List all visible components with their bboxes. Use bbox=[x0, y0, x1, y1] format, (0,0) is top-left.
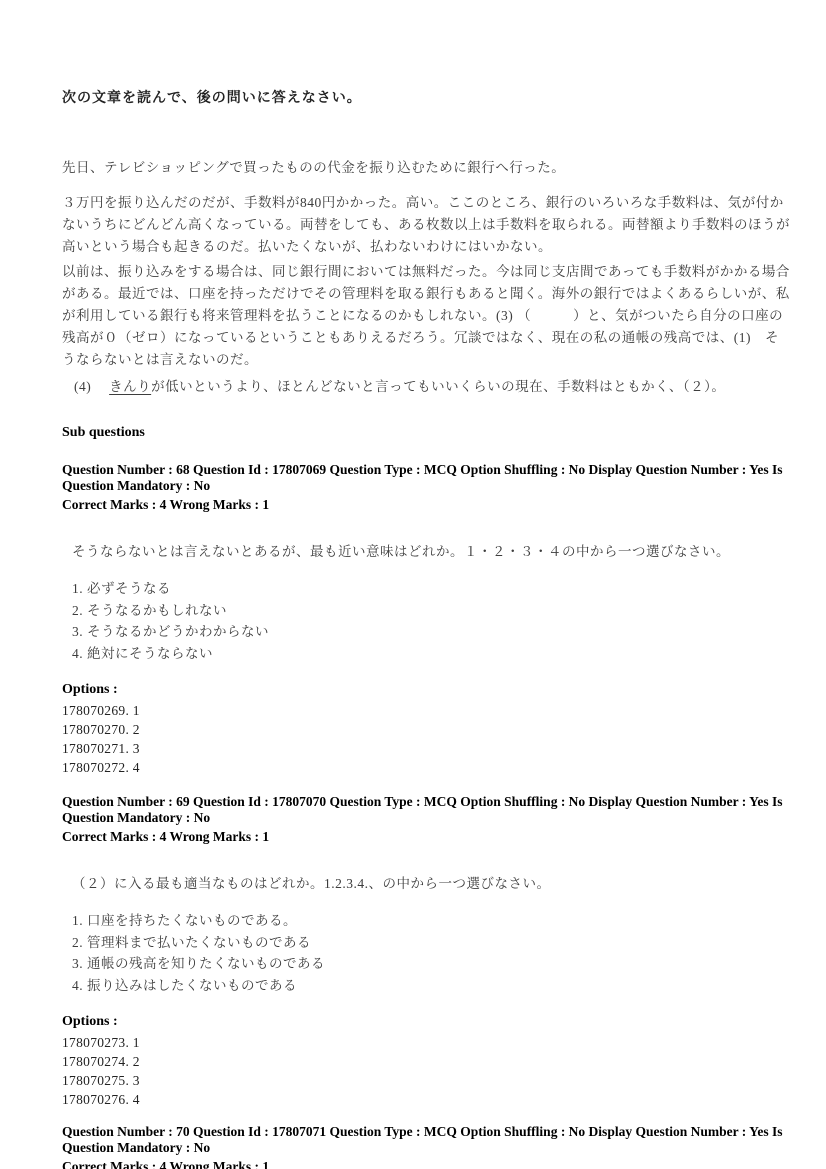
question-69-choices: 1. 口座を持ちたくないものである。 2. 管理料まで払いたくないものである 3… bbox=[62, 910, 792, 996]
question-69-choice-1: 1. 口座を持ちたくないものである。 bbox=[72, 910, 792, 932]
question-70-metadata: Question Number : 70 Question Id : 17807… bbox=[62, 1124, 792, 1169]
question-68-metadata: Question Number : 68 Question Id : 17807… bbox=[62, 462, 792, 513]
question-69-meta-line-1: Question Number : 69 Question Id : 17807… bbox=[62, 794, 792, 810]
question-68-choices: 1. 必ずそうなる 2. そうなるかもしれない 3. そうなるかどうかわからない… bbox=[62, 578, 792, 664]
question-69-choice-3: 3. 通帳の残高を知りたくないものである bbox=[72, 953, 792, 975]
question-68-option-id-3: 178070271. 3 bbox=[62, 739, 792, 758]
question-69-option-id-1: 178070273. 1 bbox=[62, 1033, 792, 1052]
question-68-option-id-4: 178070272. 4 bbox=[62, 758, 792, 777]
passage-paragraph-4-suffix: が低いというより、ほとんどないと言ってもいいくらいの現在、手数料はともかく、（２… bbox=[151, 379, 725, 394]
passage-paragraph-2: ３万円を振り込んだのだが、手数料が840円かかった。高い。ここのところ、銀行のい… bbox=[62, 192, 792, 258]
question-69-option-id-3: 178070275. 3 bbox=[62, 1071, 792, 1090]
passage-paragraph-3: 以前は、振り込みをする場合は、同じ銀行間においては無料だった。今は同じ支店間であ… bbox=[62, 261, 792, 371]
question-68-option-id-1: 178070269. 1 bbox=[62, 701, 792, 720]
question-70-meta-line-1: Question Number : 70 Question Id : 17807… bbox=[62, 1124, 792, 1140]
question-69-meta-line-2: Question Mandatory : No bbox=[62, 810, 792, 826]
question-68-meta-line-1: Question Number : 68 Question Id : 17807… bbox=[62, 462, 792, 478]
question-68-options-label: Options : bbox=[62, 681, 792, 699]
question-69-option-id-2: 178070274. 2 bbox=[62, 1052, 792, 1071]
exam-question-paper-page: 次の文章を読んで、後の問いに答えなさい。 先日、テレビショッピングで買ったものの… bbox=[0, 0, 826, 1169]
question-68-option-ids: 178070269. 1 178070270. 2 178070271. 3 1… bbox=[62, 701, 792, 777]
passage-paragraph-1: 先日、テレビショッピングで買ったものの代金を振り込むために銀行へ行った。 bbox=[62, 157, 792, 179]
question-69-options-label: Options : bbox=[62, 1013, 792, 1031]
question-69-choice-2: 2. 管理料まで払いたくないものである bbox=[72, 932, 792, 954]
question-68-choice-4: 4. 絶対にそうならない bbox=[72, 643, 792, 665]
passage-paragraph-4-prefix: (4) bbox=[74, 379, 109, 394]
question-68-text: そうならないとは言えないとあるが、最も近い意味はどれか。１・２・３・４の中から一… bbox=[62, 541, 792, 563]
question-69-marks-line: Correct Marks : 4 Wrong Marks : 1 bbox=[62, 829, 792, 845]
question-block-69: Question Number : 69 Question Id : 17807… bbox=[62, 794, 792, 1109]
question-68-choice-3: 3. そうなるかどうかわからない bbox=[72, 621, 792, 643]
question-68-meta-line-2: Question Mandatory : No bbox=[62, 478, 792, 494]
question-69-option-id-4: 178070276. 4 bbox=[62, 1090, 792, 1109]
passage-paragraph-4: (4) きんりが低いというより、ほとんどないと言ってもいいくらいの現在、手数料は… bbox=[62, 376, 792, 398]
question-69-choice-4: 4. 振り込みはしたくないものである bbox=[72, 975, 792, 997]
question-68-marks-line: Correct Marks : 4 Wrong Marks : 1 bbox=[62, 497, 792, 513]
question-block-68: Question Number : 68 Question Id : 17807… bbox=[62, 462, 792, 777]
question-block-70: Question Number : 70 Question Id : 17807… bbox=[62, 1124, 792, 1169]
question-70-marks-line: Correct Marks : 4 Wrong Marks : 1 bbox=[62, 1159, 792, 1169]
passage-underlined-term: きんり bbox=[109, 379, 151, 394]
question-70-meta-line-2: Question Mandatory : No bbox=[62, 1140, 792, 1156]
question-69-option-ids: 178070273. 1 178070274. 2 178070275. 3 1… bbox=[62, 1033, 792, 1109]
passage-instruction: 次の文章を読んで、後の問いに答えなさい。 bbox=[62, 88, 792, 110]
question-68-choice-1: 1. 必ずそうなる bbox=[72, 578, 792, 600]
sub-questions-heading: Sub questions bbox=[62, 425, 792, 441]
question-68-option-id-2: 178070270. 2 bbox=[62, 720, 792, 739]
question-69-metadata: Question Number : 69 Question Id : 17807… bbox=[62, 794, 792, 845]
question-69-text: （２）に入る最も適当なものはどれか。1.2.3.4.、の中から一つ選びなさい。 bbox=[62, 873, 792, 895]
question-68-choice-2: 2. そうなるかもしれない bbox=[72, 600, 792, 622]
